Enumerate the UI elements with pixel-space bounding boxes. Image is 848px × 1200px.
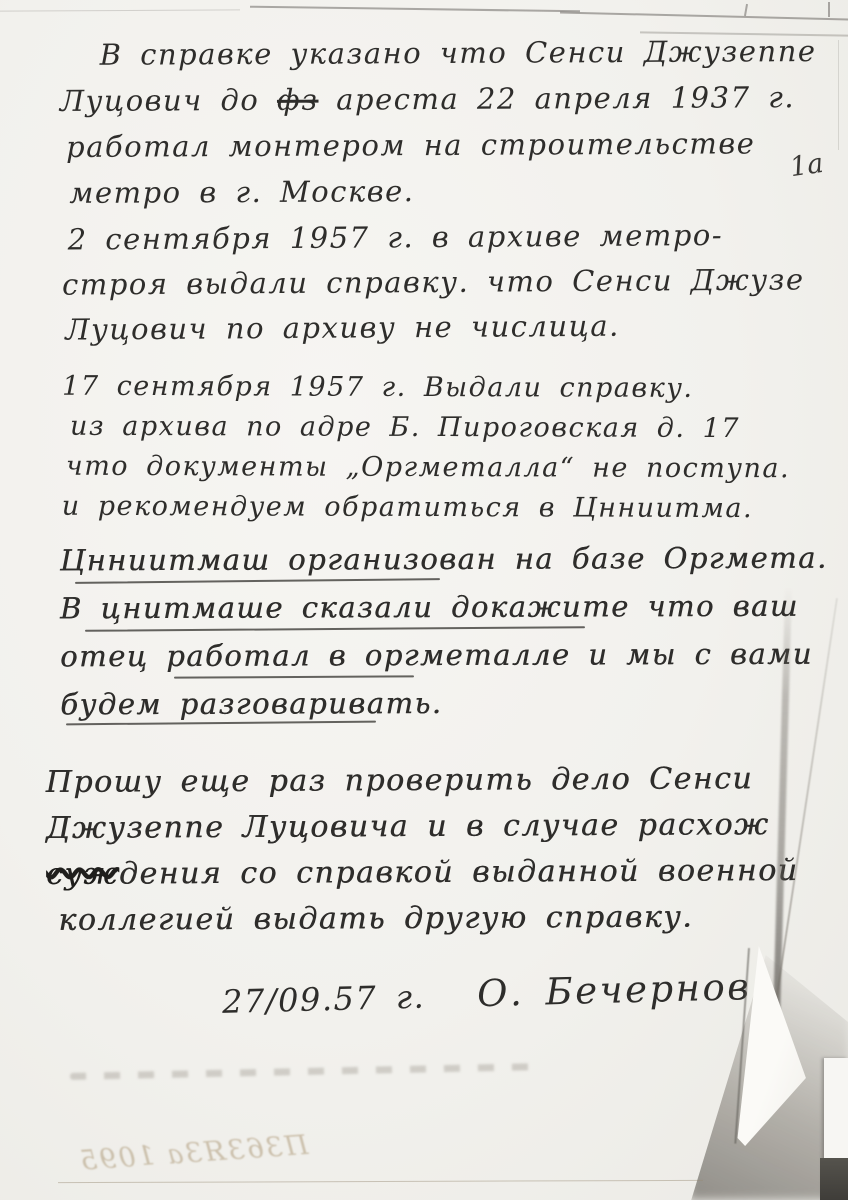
scan-edge-line xyxy=(838,40,839,150)
handwritten-line: метро в г. Москве. xyxy=(69,166,817,216)
paragraph-5: Прошу еще раз проверить дело Сенси Джузе… xyxy=(46,756,799,944)
signature-name: О. Бечернов xyxy=(477,965,752,1015)
handwritten-line: В справке указано что Сенси Джузеппе xyxy=(100,28,817,78)
handwritten-line: коллегией выдать другую справку. xyxy=(58,894,799,944)
signature-date: 27/09.57 г. xyxy=(222,978,426,1021)
crossed-out-word: фз xyxy=(277,83,319,117)
scan-edge-tick xyxy=(828,2,830,17)
handwritten-line: суждения со справкой выданной военной xyxy=(46,848,799,898)
line-segment: ареста 22 апреля 1937 г. xyxy=(318,80,795,116)
scan-edge-line xyxy=(250,6,580,13)
line-segment: Луцович до xyxy=(60,83,277,118)
handwritten-line: 2 сентября 1957 г. в архиве метро- xyxy=(68,212,805,262)
bleedthrough-text: ПЗ6ЗЯЗа 1095 xyxy=(77,1130,309,1177)
handwritten-line: из архива по адре Б. Пироговская д. 17 xyxy=(70,407,790,450)
handwritten-line: что документы „Оргметалла“ не поступа. xyxy=(66,447,790,490)
scanned-letter-page: В справке указано что Сенси Джузеппе Луц… xyxy=(0,0,848,1200)
scan-corner-dark-patch xyxy=(820,1158,848,1200)
underlying-page-edge xyxy=(58,1180,703,1183)
scan-edge-line xyxy=(560,11,848,20)
paragraph-3: 17 сентября 1957 г. Выдали справку. из а… xyxy=(62,367,791,530)
signature-row: 27/09.57 г.О. Бечернов xyxy=(222,965,752,1022)
handwritten-line: строя выдали справку. что Сенси Джузе xyxy=(62,257,805,307)
paragraph-1: В справке указано что Сенси Джузеппе Луц… xyxy=(60,28,818,216)
bleedthrough-scribble xyxy=(70,1063,540,1080)
handwritten-line: будем разговаривать. xyxy=(60,678,828,729)
scan-edge-tick xyxy=(744,4,748,16)
line-segment: дения со справкой выданной военной xyxy=(119,853,799,892)
paragraph-2: 2 сентября 1957 г. в архиве метро- строя… xyxy=(62,212,806,352)
handwritten-line: Луцович до фз ареста 22 апреля 1937 г. xyxy=(60,74,817,124)
handwritten-line: Прошу еще раз проверить дело Сенси xyxy=(46,756,799,806)
handwritten-line: работал монтером на строительстве xyxy=(66,120,817,170)
handwritten-line: 17 сентября 1957 г. Выдали справку. xyxy=(62,367,790,410)
handwritten-line: отец работал в оргметалле и мы с вами xyxy=(60,630,828,681)
handwritten-line: Джузеппе Луцовича и в случае расхож xyxy=(46,802,799,852)
page-number: 1а xyxy=(788,148,825,183)
handwritten-line: Цнниитмаш организован на базе Оргмета. xyxy=(60,534,828,585)
handwritten-line: В цнитмаше сказали докажите что ваш xyxy=(60,582,828,633)
handwritten-line: и рекомендуем обратиться в Цнниитма. xyxy=(62,487,790,530)
scan-edge-line xyxy=(0,9,240,11)
crossed-out-word: суж xyxy=(46,857,119,892)
handwritten-line: Луцович по архиву не числица. xyxy=(65,302,805,352)
